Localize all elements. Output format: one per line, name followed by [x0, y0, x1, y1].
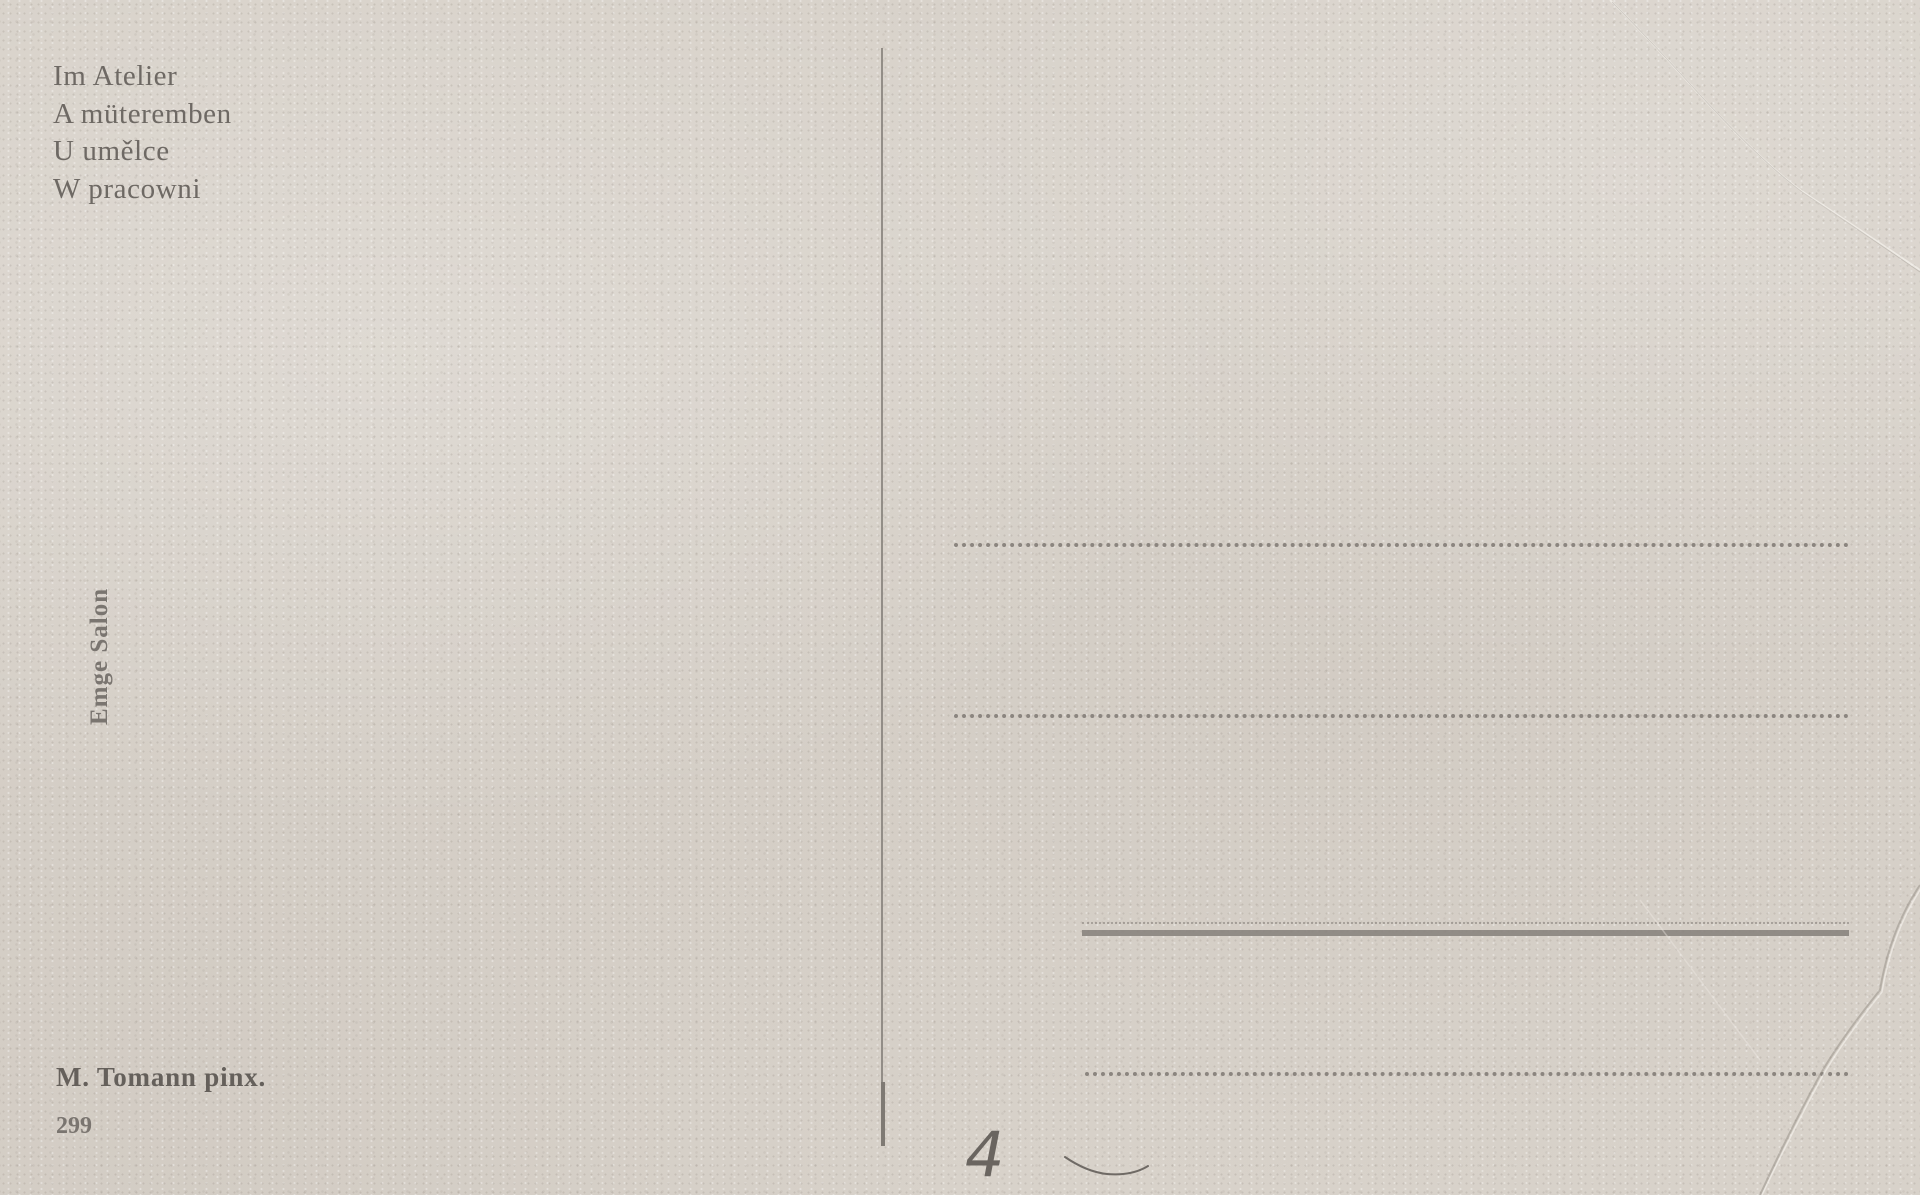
center-divider-line-end	[881, 1082, 885, 1146]
handwritten-number: 4	[965, 1118, 1004, 1191]
caption-line-hungarian: A müteremben	[53, 96, 232, 134]
pencil-stroke-icon	[1062, 1152, 1152, 1182]
caption-line-czech: U umělce	[53, 133, 232, 171]
caption-line-german: Im Atelier	[53, 58, 232, 96]
card-number: 299	[56, 1113, 92, 1140]
title-caption: Im Atelier A müteremben U umělce W praco…	[53, 58, 232, 208]
address-line-4	[1085, 1072, 1849, 1076]
publisher-label: Emge Salon	[86, 588, 114, 725]
address-line-2	[954, 714, 1849, 718]
address-line-3-dotted	[1082, 922, 1849, 924]
paper-crease-marks	[0, 0, 1920, 1195]
center-divider-line	[881, 48, 883, 1083]
caption-line-polish: W pracowni	[53, 171, 232, 209]
address-line-1	[954, 543, 1849, 547]
address-line-3	[1082, 930, 1849, 936]
paper-texture	[0, 0, 1920, 1195]
artist-credit: M. Tomann pinx.	[56, 1062, 266, 1093]
